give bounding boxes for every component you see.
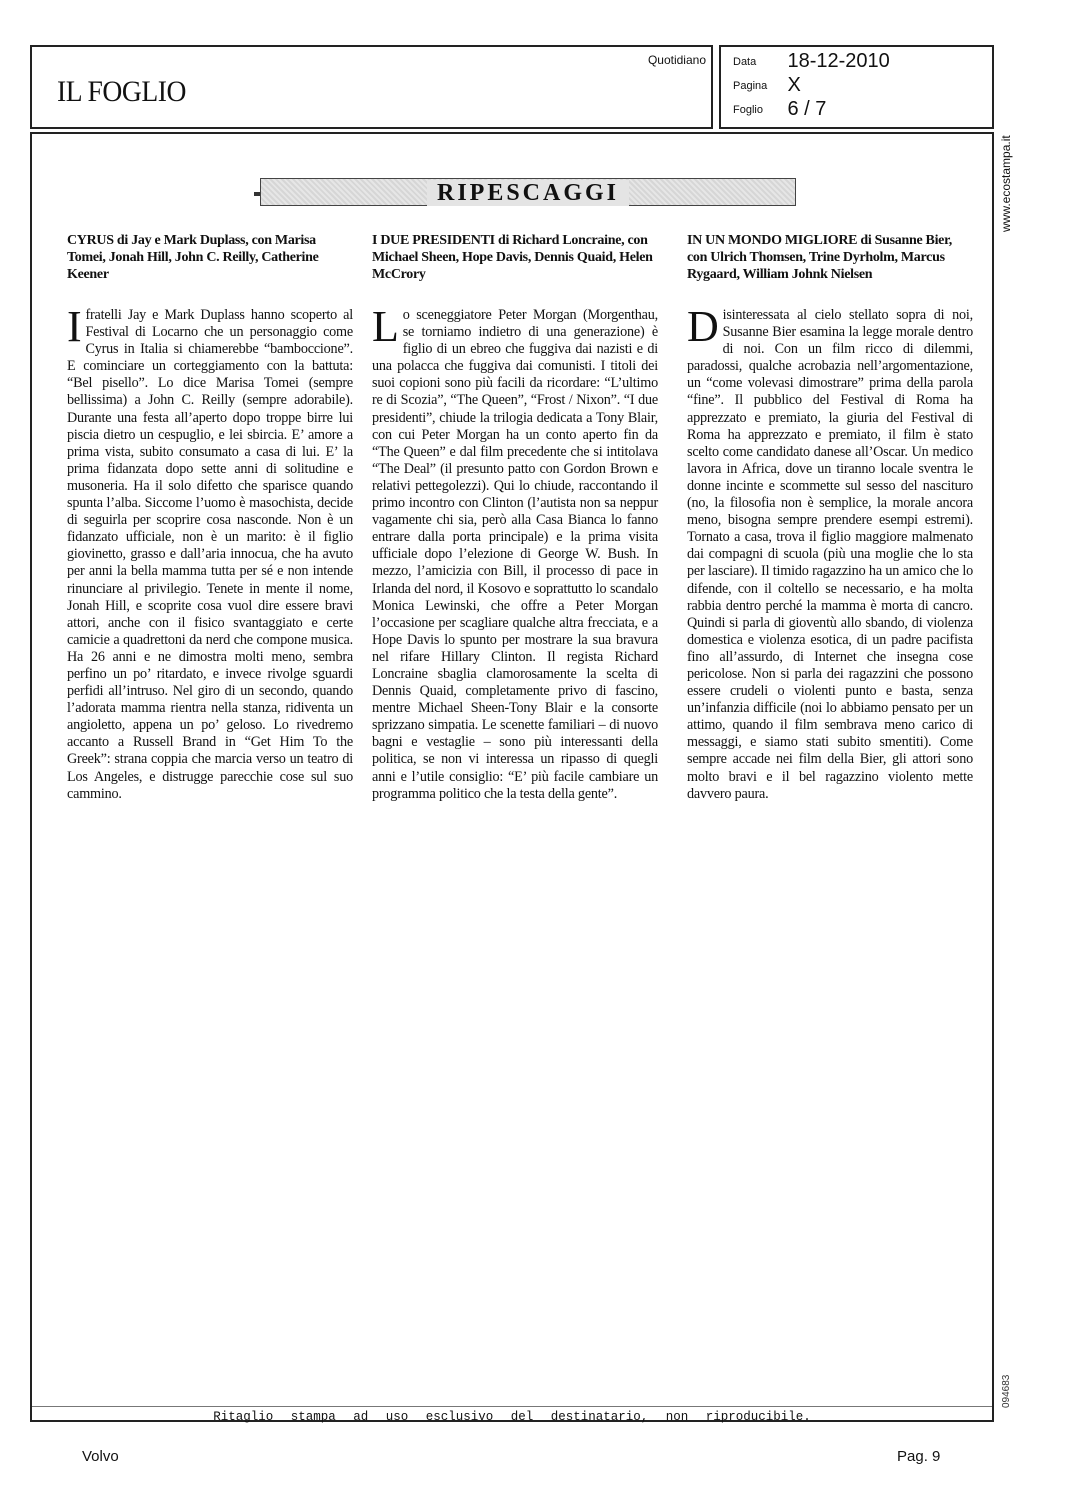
publication-type: Quotidiano [648, 53, 706, 67]
meta-key-date: Data [733, 56, 783, 68]
meta-value-date: 18-12-2010 [787, 50, 889, 73]
article-body: Disinteressata al cielo stellato sopra d… [687, 307, 973, 803]
header-masthead-box: IL FOGLIO Quotidiano [30, 45, 713, 129]
client-name: Volvo [82, 1448, 119, 1465]
section-banner: RIPESCAGGI [260, 178, 796, 206]
clipping-frame: RIPESCAGGI CYRUS di Jay e Mark Duplass, … [30, 132, 994, 1422]
meta-row-page: Pagina X [733, 74, 801, 97]
meta-row-sheet: Foglio 6 / 7 [733, 98, 826, 121]
source-website: www.ecostampa.it [999, 135, 1013, 232]
meta-value-sheet: 6 / 7 [787, 98, 826, 121]
meta-key-page: Pagina [733, 80, 783, 92]
article-body: Lo sceneggiatore Peter Morgan (Morgentha… [372, 307, 658, 803]
article-heading: CYRUS di Jay e Mark Duplass, con Marisa … [67, 232, 353, 283]
meta-row-date: Data 18-12-2010 [733, 50, 890, 73]
article-i-due-presidenti: I DUE PRESIDENTI di Richard Loncraine, c… [372, 232, 658, 803]
article-text: o sceneggiatore Peter Morgan (Morgenthau… [372, 307, 658, 802]
dropcap: L [372, 310, 399, 344]
header-meta-box: Data 18-12-2010 Pagina X Foglio 6 / 7 [719, 45, 994, 129]
article-text: fratelli Jay e Mark Duplass hanno scoper… [67, 307, 353, 802]
dropcap: I [67, 310, 81, 344]
page-number: Pag. 9 [897, 1448, 940, 1465]
dropcap: D [687, 310, 719, 344]
article-body: I fratelli Jay e Mark Duplass hanno scop… [67, 307, 353, 803]
article-text: isinteressata al cielo stellato sopra di… [687, 307, 973, 802]
newspaper-title: IL FOGLIO [57, 75, 186, 109]
meta-key-sheet: Foglio [733, 104, 783, 116]
section-title: RIPESCAGGI [427, 180, 629, 206]
clipping-code: 094683 [1001, 1375, 1012, 1408]
meta-value-page: X [787, 74, 800, 97]
reproduction-notice: Ritaglio stampa ad uso esclusivo del des… [32, 1410, 992, 1424]
footer-divider [32, 1406, 992, 1407]
article-in-un-mondo-migliore: IN UN MONDO MIGLIORE di Susanne Bier, co… [687, 232, 973, 803]
article-heading: IN UN MONDO MIGLIORE di Susanne Bier, co… [687, 232, 973, 283]
article-cyrus: CYRUS di Jay e Mark Duplass, con Marisa … [67, 232, 353, 803]
article-heading: I DUE PRESIDENTI di Richard Loncraine, c… [372, 232, 658, 283]
